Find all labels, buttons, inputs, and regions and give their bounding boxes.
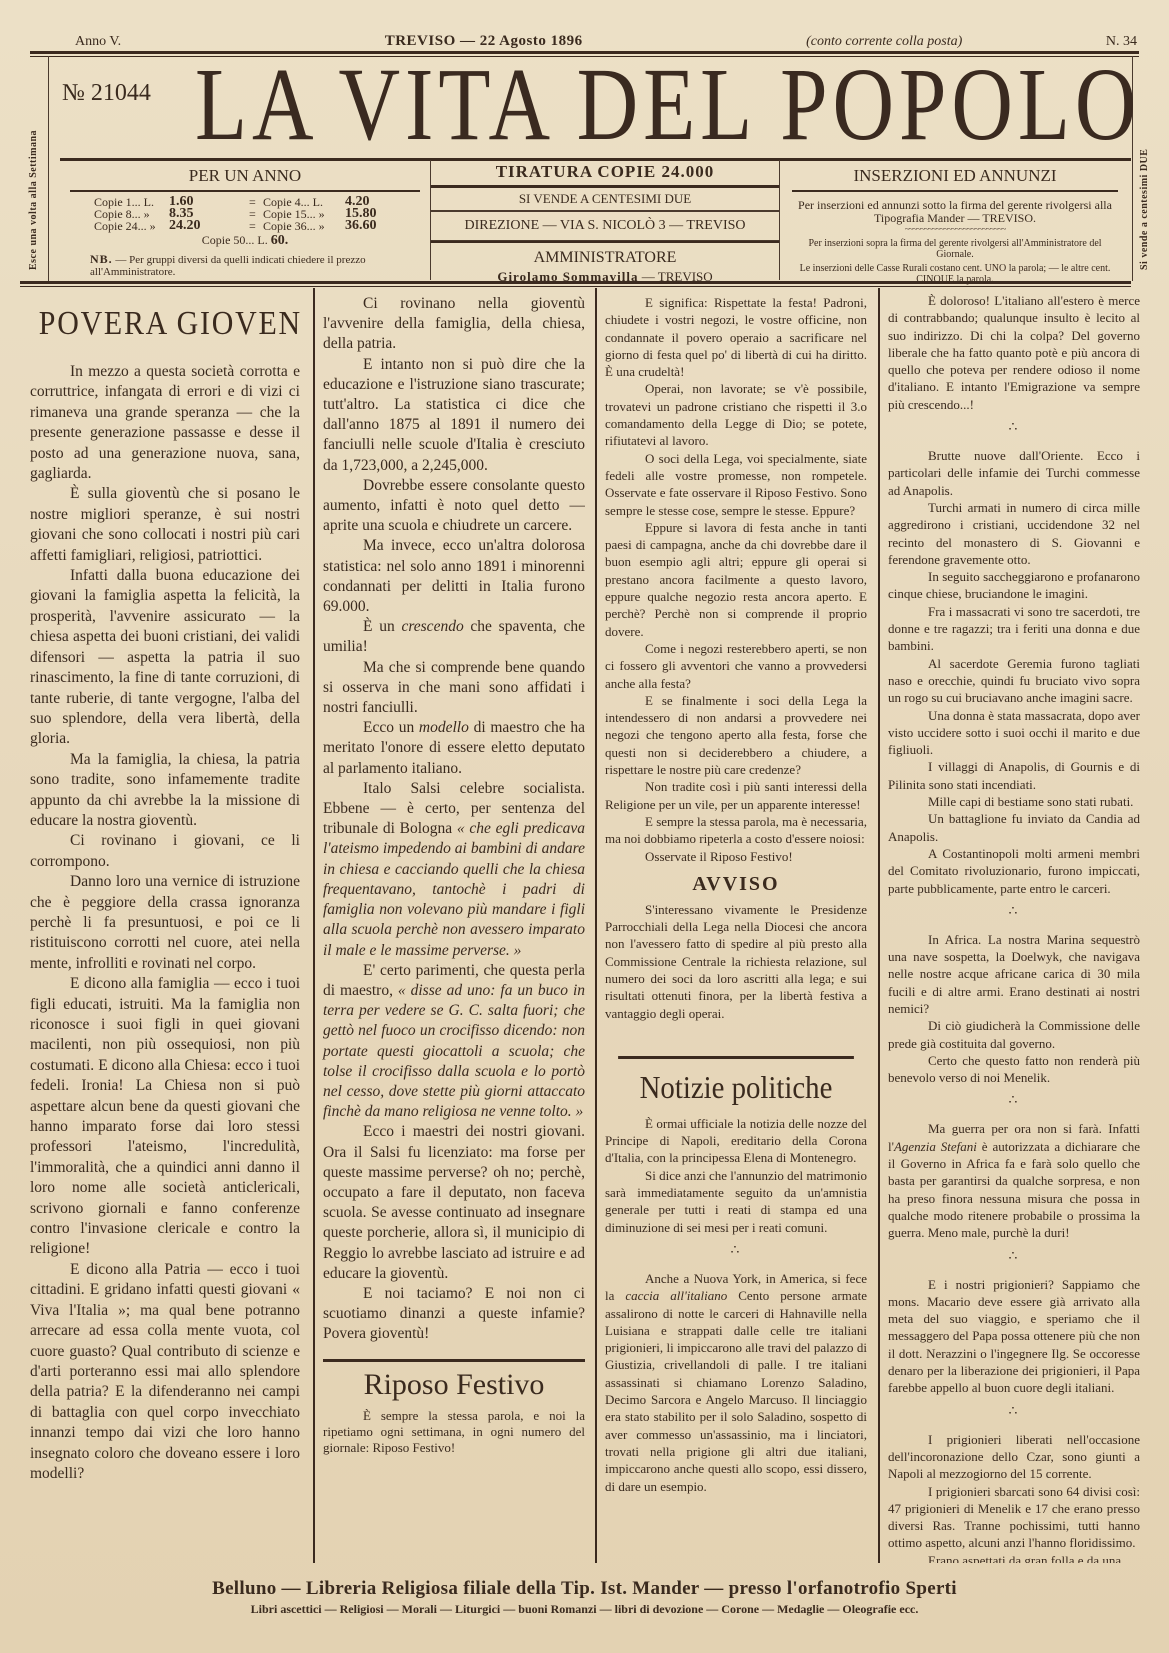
price-label: Copie 36... » — [263, 220, 345, 232]
paragraph: Danno loro una vernice di istruzione che… — [30, 872, 300, 974]
year-label: Anno V. — [75, 34, 121, 50]
paragraph: E' certo parimenti, che questa perla di … — [323, 961, 585, 1123]
divider — [70, 190, 420, 192]
section-separator: ∴ — [888, 1242, 1140, 1276]
paragraph: Ma invece, ecco un'altra dolorosa statis… — [323, 536, 585, 617]
italic-text: crescendo — [401, 618, 463, 635]
paragraph: È sempre la stessa parola, e noi la ripe… — [323, 1408, 585, 1456]
advertising-heading: INSERZIONI ED ANNUNZI — [792, 160, 1118, 188]
paragraph: E intanto non si può dire che la educazi… — [323, 355, 585, 476]
price-single: Copie 50... L. 60. — [70, 232, 420, 249]
frame-left — [48, 56, 49, 281]
paragraph: È un crescendo che spaventa, che umilia! — [323, 617, 585, 657]
paragraph: Italo Salsi celebre socialista. Ebbene —… — [323, 779, 585, 961]
paragraph: Si dice anzi che l'annunzio del matrimon… — [605, 1167, 867, 1236]
equals-sign: = — [249, 220, 263, 232]
side-note-right: Si vende a centesimi DUE — [1139, 70, 1157, 270]
paragraph: Non tradite così i più santi interessi d… — [605, 778, 867, 813]
paragraph: In seguito saccheggiarono e profanarono … — [888, 568, 1140, 603]
italic-text: caccia all'italiano — [625, 1288, 727, 1303]
footer-main: Belluno — Libreria Religiosa filiale del… — [30, 1578, 1139, 1600]
text: È un — [363, 618, 401, 635]
side-note-left: Esce una volta alla Settimana — [28, 70, 46, 270]
paragraph: Dovrebbe essere consolante questo aument… — [323, 476, 585, 537]
paragraph: Ci rovinano i giovani, ce li corrompono. — [30, 831, 300, 872]
text: Cento persone armate assalirono di notte… — [605, 1288, 867, 1493]
paragraph: E se finalmente i soci della Lega la int… — [605, 692, 867, 778]
newspaper-page: Anno V. TREVISO — 22 Agosto 1896 (conto … — [0, 0, 1169, 1653]
text: Ecco un — [363, 719, 419, 736]
paragraph: O soci della Lega, voi specialmente, sia… — [605, 450, 867, 519]
paragraph: Di ciò giudicherà la Commissione delle p… — [888, 1017, 1140, 1052]
paragraph: Fra i massacrati vi sono tre sacerdoti, … — [888, 603, 1140, 655]
paragraph: Ma che si comprende bene quando si osser… — [323, 658, 585, 719]
price-label: Copie 50... L. — [202, 233, 268, 247]
direction-address: DIREZIONE — VIA S. NICOLÒ 3 — TREVISO — [431, 211, 779, 241]
paragraph: I prigionieri sbarcati sono 64 divisi co… — [888, 1483, 1140, 1552]
nb-note: NB. — Per gruppi diversi da quelli indic… — [70, 249, 420, 278]
nb-text: — Per gruppi diversi da quelli indicati … — [90, 254, 366, 278]
price-note: SI VENDE A CENTESIMI DUE — [431, 188, 779, 211]
wave-divider: ~~~~~~~~~~~~~~~~~~~~~~~~~~ — [792, 225, 1118, 235]
subscription-heading: PER UN ANNO — [70, 160, 420, 188]
advertising-text-2: Per inserzioni sopra la firma del gerent… — [792, 235, 1118, 260]
center-box: TIRATURA COPIE 24.000 SI VENDE A CENTESI… — [430, 160, 780, 280]
section-separator: ∴ — [888, 1086, 1140, 1120]
article-title: Riposo Festivo — [323, 1359, 585, 1408]
article-columns: POVERA GIOVENTU' In mezzo a questa socie… — [18, 288, 1138, 1563]
section-separator: ∴ — [605, 1236, 867, 1270]
paragraph: E significa: Rispettate la festa! Padron… — [605, 294, 867, 380]
paragraph: Turchi armati in numero di circa mille a… — [888, 499, 1140, 568]
paragraph: Al sacerdote Geremia furono tagliati nas… — [888, 655, 1140, 707]
paragraph: Ma la famiglia, la chiesa, la patria son… — [30, 750, 300, 832]
paragraph: E i nostri prigionieri? Sappiamo che mon… — [888, 1276, 1140, 1397]
paragraph: E sempre la stessa parola, ma è necessar… — [605, 813, 867, 848]
paragraph: E noi taciamo? E noi non ci scuotiamo di… — [323, 1284, 585, 1345]
price-value: 60. — [271, 233, 289, 248]
price-value: 24.20 — [169, 220, 249, 232]
paragraph: Operai, non lavorate; se v'è possibile, … — [605, 380, 867, 449]
paragraph: Certo che questo fatto non renderà più b… — [888, 1052, 1140, 1087]
paragraph: Ma guerra per ora non si farà. Infatti l… — [888, 1120, 1140, 1241]
paragraph: È ormai ufficiale la notizia delle nozze… — [605, 1115, 867, 1167]
paragraph: Ci rovinano nella gioventù l'avvenire de… — [323, 294, 585, 355]
newspaper-title: LA VITA DEL POPOLO — [195, 52, 925, 157]
footer-advertisement: Belluno — Libreria Religiosa filiale del… — [30, 1578, 1139, 1617]
info-band: PER UN ANNO Copie 1... L. 1.60 = Copie 4… — [60, 160, 1130, 280]
section-separator: ∴ — [888, 1397, 1140, 1431]
paragraph: In mezzo a questa società corrotta e cor… — [30, 362, 300, 484]
paragraph: Infatti dalla buona educazione dei giova… — [30, 566, 300, 750]
administrator-label: AMMINISTRATORE — [431, 241, 779, 267]
paragraph: Eppure si lavora di festa anche in tanti… — [605, 519, 867, 640]
paragraph: Un battaglione fu inviato da Candia ad A… — [888, 810, 1140, 845]
paragraph: Ecco un modello di maestro che ha merita… — [323, 718, 585, 779]
italic-quote: « disse ad uno: fa un buco in terra per … — [323, 982, 585, 1120]
paragraph: Erano aspettati da gran folla e da una — [888, 1552, 1140, 1563]
italic-text: modello — [419, 719, 469, 736]
paragraph: S'interessano vivamente le Presidenze Pa… — [605, 901, 867, 1022]
paragraph: Come i negozi resterebbero aperti, se no… — [605, 640, 867, 692]
article-title: Notizie politiche — [618, 1056, 854, 1115]
price-label: Copie 24... » — [94, 220, 169, 232]
band-rule — [20, 281, 1131, 284]
column-1: POVERA GIOVENTU' In mezzo a questa socie… — [30, 288, 300, 1563]
paragraph: I villaggi di Anapolis, di Gournis e di … — [888, 758, 1140, 793]
paragraph: Osservate il Riposo Festivo! — [605, 848, 867, 865]
paragraph: E dicono alla Patria — ecco i tuoi citta… — [30, 1260, 300, 1484]
paragraph: Brutte nuove dall'Oriente. Ecco i partic… — [888, 447, 1140, 499]
paragraph: È doloroso! L'italiano all'estero è merc… — [888, 292, 1140, 413]
advertising-text: Per inserzioni ed annunzi sotto la firma… — [792, 196, 1118, 225]
price-row: Copie 24... » 24.20 = Copie 36... » 36.6… — [70, 220, 420, 232]
paragraph: Mille capi di bestiame sono stati rubati… — [888, 793, 1140, 810]
paragraph: Una donna è stata massacrata, dopo aver … — [888, 707, 1140, 759]
nb-label: NB. — [90, 252, 113, 266]
paragraph: Anche a Nuova York, in America, si fece … — [605, 1270, 867, 1495]
band-rule-thin — [20, 286, 1131, 287]
divider — [792, 190, 1118, 192]
paragraph: E dicono alla famiglia — ecco i tuoi fig… — [30, 974, 300, 1260]
paragraph: I prigionieri liberati nell'occasione de… — [888, 1431, 1140, 1483]
italic-text: Agenzia Stefani — [894, 1139, 977, 1154]
paragraph: È sulla gioventù che si posano le nostre… — [30, 484, 300, 566]
advertising-box: INSERZIONI ED ANNUNZI Per inserzioni ed … — [780, 160, 1130, 280]
column-3: E significa: Rispettate la festa! Padron… — [595, 288, 867, 1563]
serial-number: № 21044 — [62, 80, 151, 107]
section-separator: ∴ — [888, 413, 1140, 447]
paragraph: Ecco i maestri dei nostri giovani. Ora i… — [323, 1122, 585, 1284]
column-4: È doloroso! L'italiano all'estero è merc… — [878, 288, 1140, 1563]
italic-quote: « che egli predicava l'ateismo impedendo… — [323, 820, 585, 958]
notice-title: AVVISO — [605, 865, 867, 901]
section-separator: ∴ — [888, 897, 1140, 931]
article-title: POVERA GIOVENTU' — [30, 288, 268, 362]
paragraph: A Costantinopoli molti armeni membri del… — [888, 845, 1140, 897]
price-value: 36.60 — [345, 220, 377, 232]
footer-sub: Libri ascettici — Religiosi — Morali — L… — [30, 1600, 1139, 1617]
subscription-box: PER UN ANNO Copie 1... L. 1.60 = Copie 4… — [60, 160, 430, 280]
column-2: Ci rovinano nella gioventù l'avvenire de… — [313, 288, 585, 1563]
paragraph: In Africa. La nostra Marina sequestrò un… — [888, 931, 1140, 1017]
circulation: TIRATURA COPIE 24.000 — [431, 160, 779, 188]
